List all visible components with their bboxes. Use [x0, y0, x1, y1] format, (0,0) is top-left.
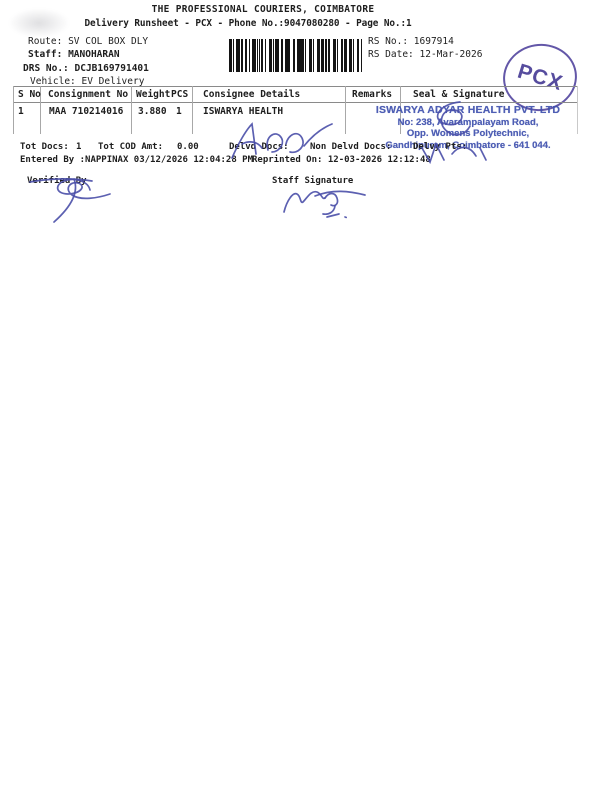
table-col-border: [345, 86, 346, 134]
drs-line: DRS No.: DCJB169791401: [23, 63, 149, 74]
seal-signature: [414, 98, 492, 166]
page-title: THE PROFESSIONAL COURIERS, COIMBATORE: [152, 4, 375, 15]
col-header-remarks: Remarks: [352, 89, 392, 100]
col-header-consignment: Consignment No: [48, 89, 128, 100]
col-header-weight: Weight: [136, 89, 170, 100]
runsheet-page: THE PROFESSIONAL COURIERS, COIMBATORE De…: [0, 0, 600, 800]
scan-smudge: [8, 8, 70, 38]
pcx-stamp-text: PCX: [514, 59, 565, 95]
tot-docs-value: 1: [76, 142, 81, 152]
table-col-border: [13, 86, 14, 134]
row-pcs: 1: [176, 106, 182, 117]
rs-no-line: RS No.: 1697914: [368, 36, 454, 47]
tot-cod-value: 0.00: [177, 142, 199, 152]
staff-signature: [281, 184, 371, 220]
delvd-docs-annotation: [228, 120, 336, 162]
col-header-pcs: PCS: [171, 89, 188, 100]
table-header-border: [13, 102, 578, 103]
tot-docs-label: Tot Docs:: [20, 142, 69, 152]
staff-line: Staff: MANOHARAN: [28, 49, 120, 60]
table-col-border: [131, 86, 132, 134]
row-sno: 1: [18, 106, 24, 117]
tot-cod-label: Tot COD Amt:: [98, 142, 163, 152]
table-top-border: [13, 86, 578, 87]
col-header-sno: S No: [18, 89, 41, 100]
table-col-border: [577, 86, 578, 134]
barcode: [229, 39, 365, 72]
table-col-border: [192, 86, 193, 134]
row-weight: 3.880: [138, 106, 167, 117]
verified-by-signature: [24, 168, 124, 226]
page-subtitle: Delivery Runsheet - PCX - Phone No.:9047…: [84, 18, 411, 29]
row-consignee: ISWARYA HEALTH: [203, 106, 283, 117]
rs-date-line: RS Date: 12-Mar-2026: [368, 49, 482, 60]
col-header-consignee: Consignee Details: [203, 89, 300, 100]
entered-by-line: Entered By :NAPPINAX 03/12/2026 12:04:28…: [20, 155, 253, 165]
route-line: Route: SV COL BOX DLY: [28, 36, 148, 47]
row-consignment: MAA 710214016: [49, 106, 123, 117]
